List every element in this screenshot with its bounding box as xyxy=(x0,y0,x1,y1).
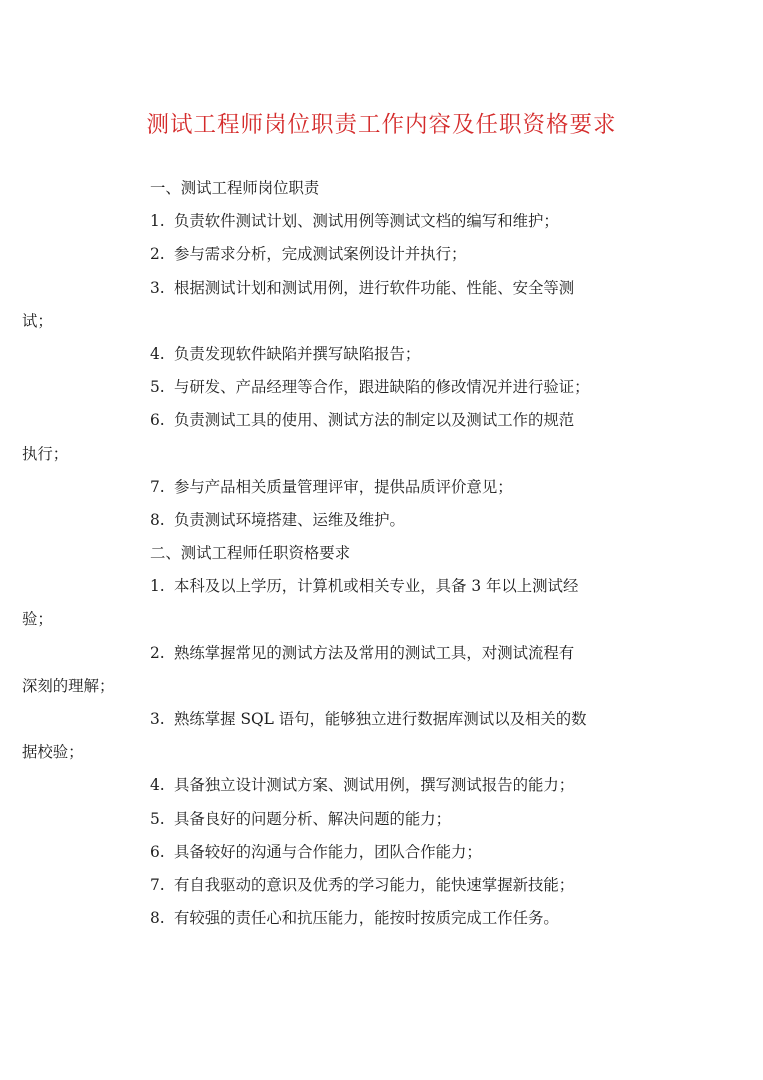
item-number: 8. xyxy=(150,902,174,935)
item-number: 1. xyxy=(150,205,174,238)
item-number: 5. xyxy=(150,803,174,836)
item-text: 负责测试环境搭建、运维及维护。 xyxy=(174,511,405,529)
section-heading: 二、测试工程师任职资格要求 xyxy=(110,537,660,570)
item-number: 2. xyxy=(150,238,174,271)
list-item: 3.熟练掌握 SQL 语句，能够独立进行数据库测试以及相关的数 xyxy=(110,703,660,736)
item-text: 与研发、产品经理等合作，跟进缺陷的修改情况并进行验证； xyxy=(174,378,590,396)
item-text: 负责发现软件缺陷并撰写缺陷报告； xyxy=(174,345,420,363)
item-text: 具备良好的问题分析、解决问题的能力； xyxy=(174,810,451,828)
item-number: 6. xyxy=(150,404,174,437)
list-item: 8.负责测试环境搭建、运维及维护。 xyxy=(110,504,660,537)
list-item: 2.熟练掌握常见的测试方法及常用的测试工具，对测试流程有 xyxy=(110,637,660,670)
item-number: 4. xyxy=(150,338,174,371)
list-item: 7.有自我驱动的意识及优秀的学习能力，能快速掌握新技能； xyxy=(110,869,660,902)
item-text: 熟练掌握 SQL 语句，能够独立进行数据库测试以及相关的数 xyxy=(174,710,587,728)
item-number: 1. xyxy=(150,570,174,603)
list-item: 3.根据测试计划和测试用例，进行软件功能、性能、安全等测 xyxy=(110,272,660,305)
item-text: 根据测试计划和测试用例，进行软件功能、性能、安全等测 xyxy=(174,279,574,297)
item-number: 2. xyxy=(150,637,174,670)
item-number: 7. xyxy=(150,471,174,504)
item-text: 有自我驱动的意识及优秀的学习能力，能快速掌握新技能； xyxy=(174,876,574,894)
item-number: 3. xyxy=(150,703,174,736)
list-item: 4.具备独立设计测试方案、测试用例，撰写测试报告的能力； xyxy=(110,769,660,802)
item-number: 3. xyxy=(150,272,174,305)
item-text: 参与需求分析，完成测试案例设计并执行； xyxy=(174,245,466,263)
list-item: 4.负责发现软件缺陷并撰写缺陷报告； xyxy=(110,338,660,371)
list-item: 1.本科及以上学历，计算机或相关专业，具备 3 年以上测试经 xyxy=(110,570,660,603)
list-item-continuation: 据校验； xyxy=(22,736,660,769)
document-title: 测试工程师岗位职责工作内容及任职资格要求 xyxy=(0,110,763,140)
list-item: 1.负责软件测试计划、测试用例等测试文档的编写和维护； xyxy=(110,205,660,238)
section-heading: 一、测试工程师岗位职责 xyxy=(110,172,660,205)
item-text: 具备独立设计测试方案、测试用例，撰写测试报告的能力； xyxy=(174,776,574,794)
list-item: 7.参与产品相关质量管理评审，提供品质评价意见； xyxy=(110,471,660,504)
list-item-continuation: 执行； xyxy=(22,438,660,471)
document-body: 一、测试工程师岗位职责 1.负责软件测试计划、测试用例等测试文档的编写和维护； … xyxy=(110,172,660,935)
list-item: 8.有较强的责任心和抗压能力，能按时按质完成工作任务。 xyxy=(110,902,660,935)
item-text: 有较强的责任心和抗压能力，能按时按质完成工作任务。 xyxy=(174,909,559,927)
list-item-continuation: 验； xyxy=(22,603,660,636)
item-number: 8. xyxy=(150,504,174,537)
list-item: 5.与研发、产品经理等合作，跟进缺陷的修改情况并进行验证； xyxy=(110,371,660,404)
item-number: 4. xyxy=(150,769,174,802)
list-item-continuation: 深刻的理解； xyxy=(22,670,660,703)
list-item: 6.负责测试工具的使用、测试方法的制定以及测试工作的规范 xyxy=(110,404,660,437)
item-text: 熟练掌握常见的测试方法及常用的测试工具，对测试流程有 xyxy=(174,644,574,662)
item-text: 本科及以上学历，计算机或相关专业，具备 3 年以上测试经 xyxy=(174,577,578,595)
item-number: 5. xyxy=(150,371,174,404)
item-text: 参与产品相关质量管理评审，提供品质评价意见； xyxy=(174,478,513,496)
document-page: 测试工程师岗位职责工作内容及任职资格要求 一、测试工程师岗位职责 1.负责软件测… xyxy=(0,0,763,1080)
item-number: 6. xyxy=(150,836,174,869)
item-text: 负责测试工具的使用、测试方法的制定以及测试工作的规范 xyxy=(174,411,574,429)
item-number: 7. xyxy=(150,869,174,902)
list-item-continuation: 试； xyxy=(22,305,660,338)
item-text: 具备较好的沟通与合作能力，团队合作能力； xyxy=(174,843,482,861)
list-item: 2.参与需求分析，完成测试案例设计并执行； xyxy=(110,238,660,271)
item-text: 负责软件测试计划、测试用例等测试文档的编写和维护； xyxy=(174,212,559,230)
list-item: 6.具备较好的沟通与合作能力，团队合作能力； xyxy=(110,836,660,869)
list-item: 5.具备良好的问题分析、解决问题的能力； xyxy=(110,803,660,836)
